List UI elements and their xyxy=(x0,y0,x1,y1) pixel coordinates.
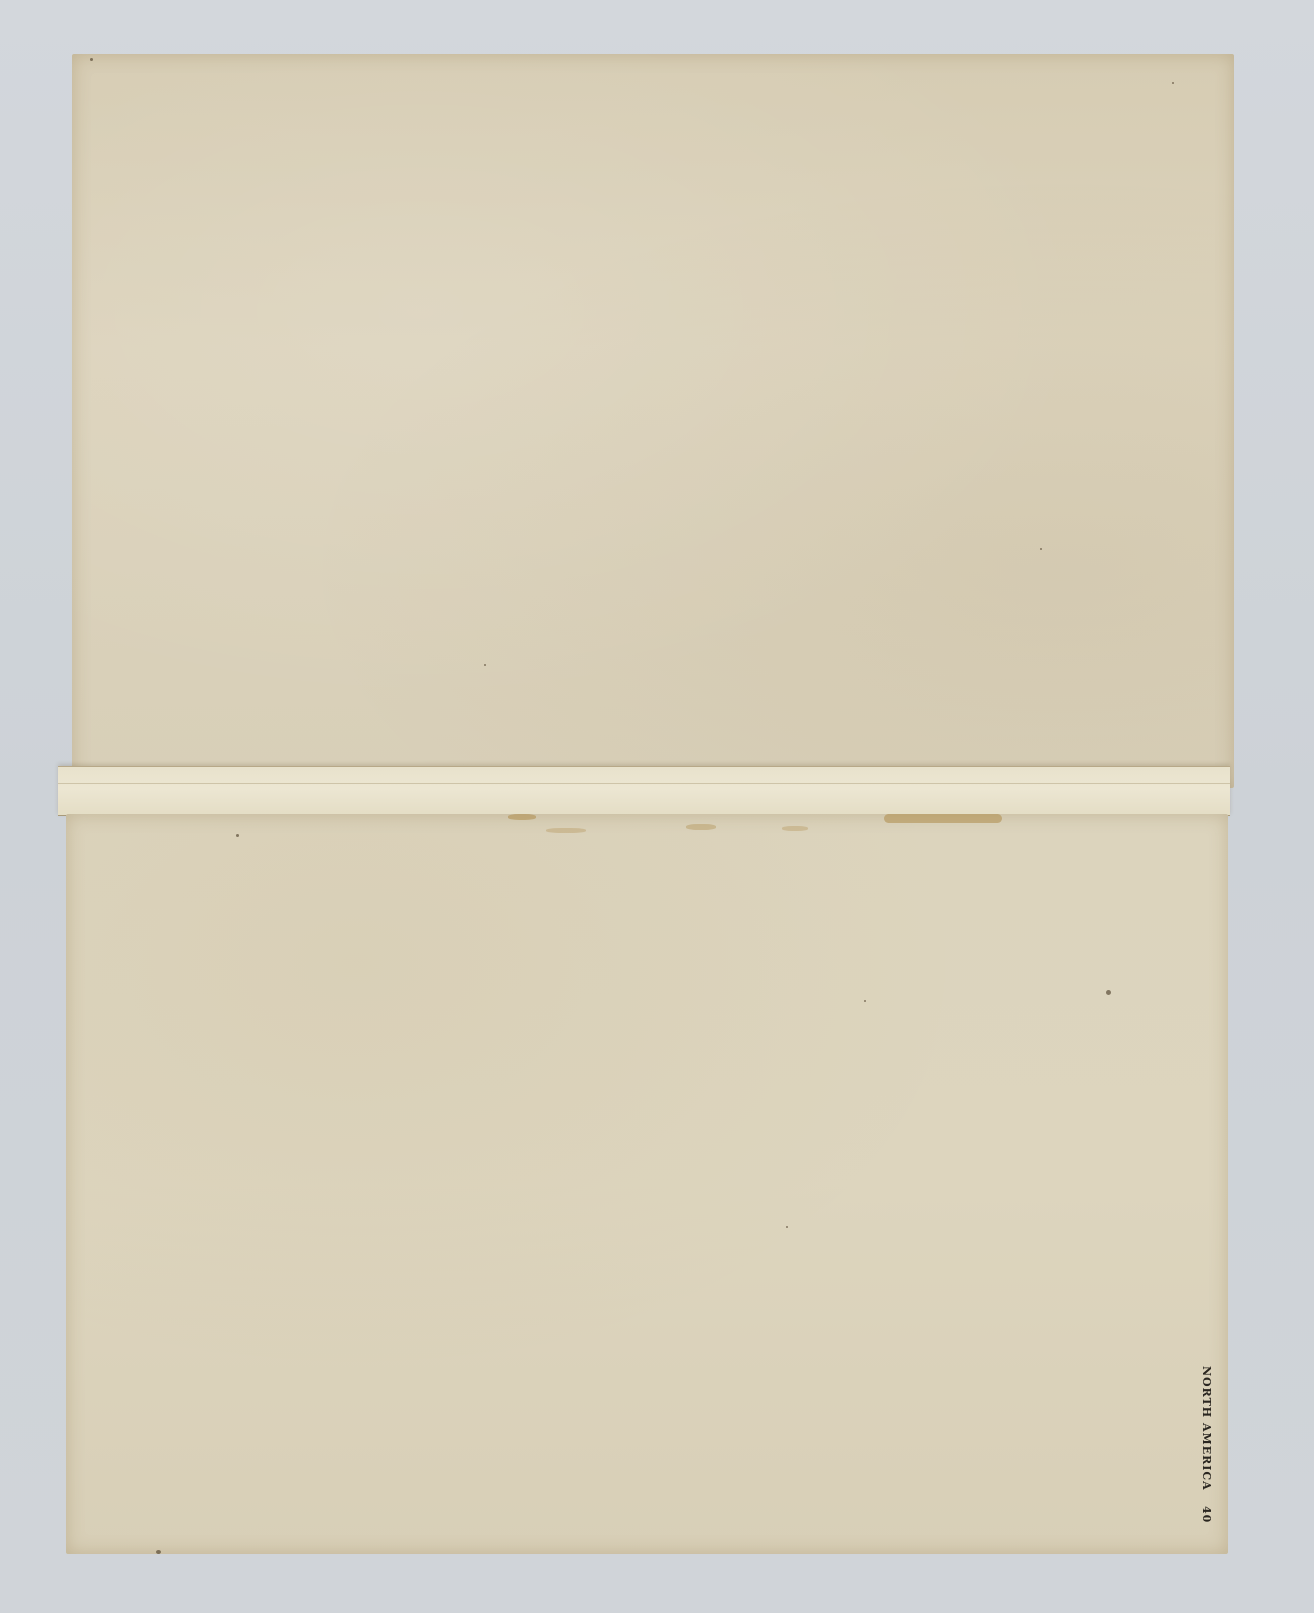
foxing-spot xyxy=(90,58,93,61)
foxing-spot xyxy=(236,834,239,837)
binding-hinge-strip xyxy=(58,766,1230,816)
region-label: NORTH AMERICA xyxy=(1200,1366,1213,1491)
foxing-spot xyxy=(156,1550,161,1554)
map-sheet: NORTH AMERICA 40 xyxy=(72,54,1242,1554)
glue-stain xyxy=(884,814,1002,823)
foxing-spot xyxy=(1106,990,1111,995)
foxing-spot xyxy=(484,664,486,666)
glue-stain xyxy=(508,814,536,820)
plate-label: NORTH AMERICA 40 xyxy=(1200,1366,1213,1523)
sheet-lower-half xyxy=(66,814,1228,1554)
plate-number: 40 xyxy=(1200,1506,1213,1523)
glue-stain xyxy=(686,824,716,830)
sheet-upper-half xyxy=(72,54,1234,788)
foxing-spot xyxy=(786,1226,788,1228)
foxing-spot xyxy=(1040,548,1042,550)
foxing-spot xyxy=(1172,82,1174,84)
glue-stain xyxy=(782,826,808,831)
foxing-spot xyxy=(864,1000,866,1002)
glue-stain xyxy=(546,828,586,833)
hinge-crease xyxy=(58,783,1230,784)
